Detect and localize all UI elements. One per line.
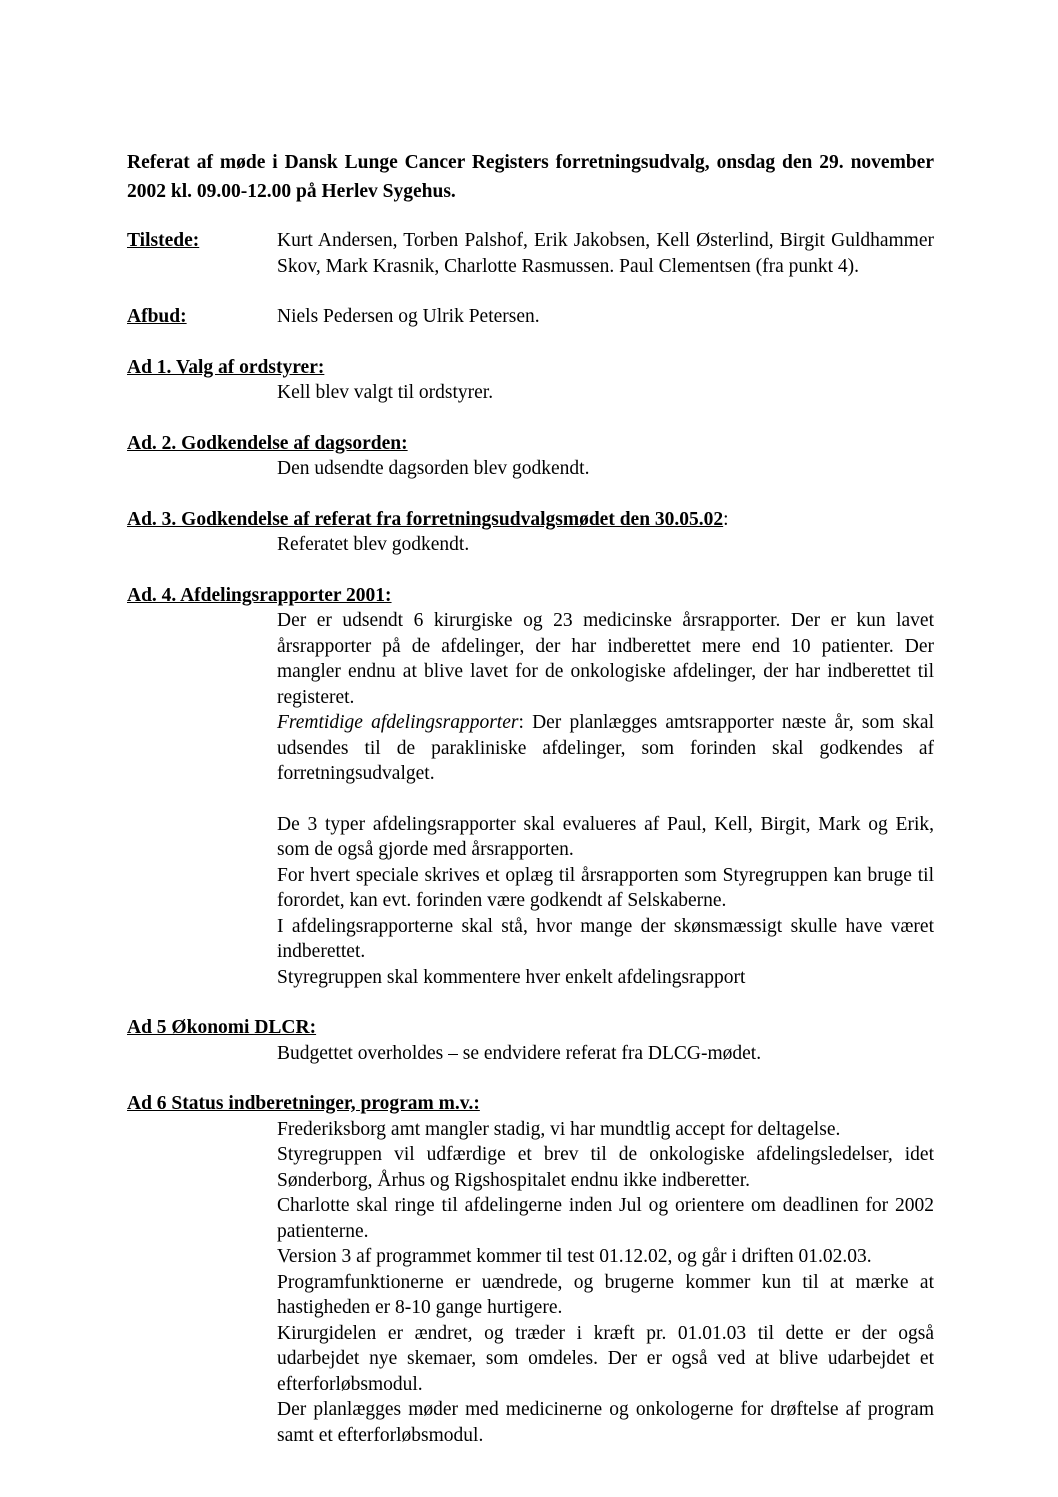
agenda-text: Den udsendte dagsorden blev godkendt. (277, 456, 934, 482)
absent-value: Niels Pedersen og Ulrik Petersen. (277, 304, 934, 330)
agenda-text: Frederiksborg amt mangler stadig, vi har… (277, 1117, 934, 1143)
absent-label: Afbud: (127, 304, 277, 330)
agenda-text: Version 3 af programmet kommer til test … (277, 1244, 934, 1270)
agenda-heading-1: Ad 1. Valg af ordstyrer: (127, 357, 324, 378)
agenda-heading-2: Ad. 2. Godkendelse af dagsorden: (127, 433, 408, 454)
agenda-item-2: Ad. 2. Godkendelse af dagsorden: Den uds… (127, 431, 934, 482)
agenda-text: Charlotte skal ringe til afdelingerne in… (277, 1193, 934, 1244)
heading-suffix: : (723, 509, 728, 530)
agenda-heading-5: Ad 5 Økonomi DLCR: (127, 1017, 316, 1038)
agenda-text: Kirurgidelen er ændret, og træder i kræf… (277, 1321, 934, 1398)
agenda-item-5: Ad 5 Økonomi DLCR: Budgettet overholdes … (127, 1015, 934, 1066)
agenda-heading-3: Ad. 3. Godkendelse af referat fra forret… (127, 509, 723, 530)
italic-lead: Fremtidige afdelingsrapporter (277, 712, 518, 733)
attendees-row: Tilstede: Kurt Andersen, Torben Palshof,… (127, 228, 934, 279)
document-title: Referat af møde i Dansk Lunge Cancer Reg… (127, 148, 934, 206)
document-page: Referat af møde i Dansk Lunge Cancer Reg… (127, 148, 934, 1448)
agenda-text: Der er udsendt 6 kirurgiske og 23 medici… (277, 608, 934, 710)
agenda-item-4: Ad. 4. Afdelingsrapporter 2001: Der er u… (127, 583, 934, 991)
agenda-item-6: Ad 6 Status indberetninger, program m.v.… (127, 1091, 934, 1448)
agenda-text: Budgettet overholdes – se endvidere refe… (277, 1041, 934, 1067)
agenda-text: De 3 typer afdelingsrapporter skal evalu… (277, 812, 934, 863)
absent-row: Afbud: Niels Pedersen og Ulrik Petersen. (127, 304, 934, 330)
agenda-heading-4: Ad. 4. Afdelingsrapporter 2001: (127, 585, 392, 606)
agenda-heading-6: Ad 6 Status indberetninger, program m.v.… (127, 1093, 480, 1114)
agenda-text: Kell blev valgt til ordstyrer. (277, 380, 934, 406)
agenda-text-future-reports: Fremtidige afdelingsrapporter: Der planl… (277, 710, 934, 787)
agenda-text: Programfunktionerne er uændrede, og brug… (277, 1270, 934, 1321)
agenda-text: Der planlægges møder med medicinerne og … (277, 1397, 934, 1448)
agenda-text: I afdelingsrapporterne skal stå, hvor ma… (277, 914, 934, 965)
agenda-text: Styregruppen skal kommentere hver enkelt… (277, 965, 934, 991)
agenda-text: For hvert speciale skrives et oplæg til … (277, 863, 934, 914)
agenda-item-1: Ad 1. Valg af ordstyrer: Kell blev valgt… (127, 355, 934, 406)
attendees-value: Kurt Andersen, Torben Palshof, Erik Jako… (277, 228, 934, 279)
attendees-label: Tilstede: (127, 228, 277, 279)
agenda-text: Referatet blev godkendt. (277, 532, 934, 558)
agenda-text: Styregruppen vil udfærdige et brev til d… (277, 1142, 934, 1193)
agenda-item-3: Ad. 3. Godkendelse af referat fra forret… (127, 507, 934, 558)
